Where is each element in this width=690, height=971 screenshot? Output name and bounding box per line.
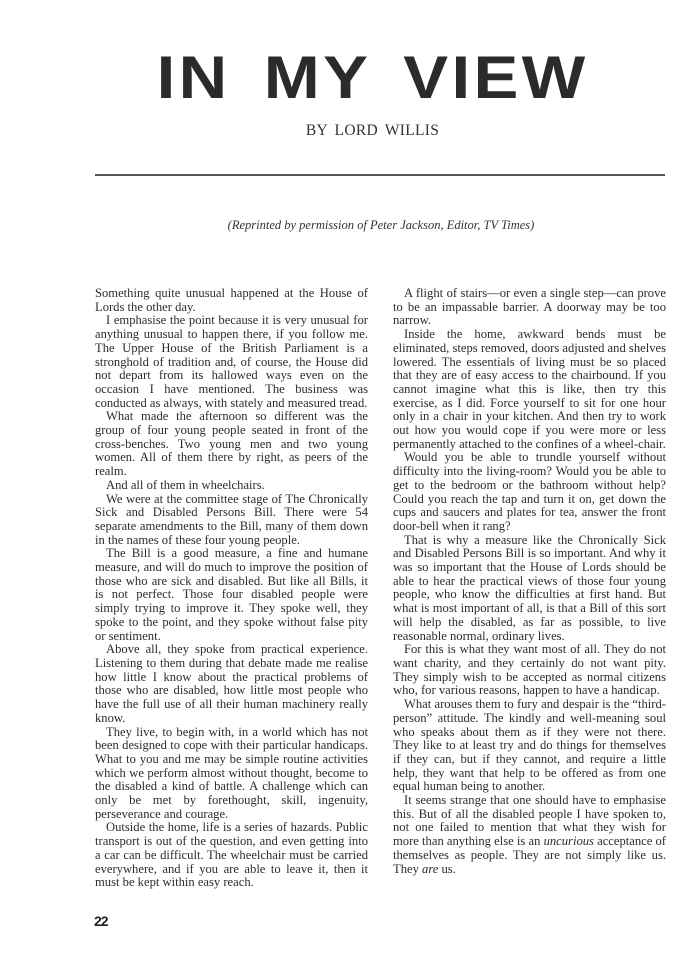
- page-number: 22: [94, 913, 108, 929]
- divider-rule: [95, 174, 665, 176]
- page-title: IN MY VIEW: [0, 46, 690, 110]
- article-column-left: Something quite unusual happened at the …: [95, 287, 368, 890]
- reprint-credit: (Reprinted by permission of Peter Jackso…: [0, 218, 690, 233]
- paragraph: Inside the home, awkward bends must be e…: [393, 328, 666, 451]
- paragraph: The Bill is a good measure, a fine and h…: [95, 547, 368, 643]
- paragraph: I emphasise the point because it is very…: [95, 314, 368, 410]
- text-run: us.: [438, 862, 456, 876]
- paragraph: A flight of stairs—or even a single step…: [393, 287, 666, 328]
- paragraph: Would you be able to trundle yourself wi…: [393, 451, 666, 533]
- article-column-right: A flight of stairs—or even a single step…: [393, 287, 666, 876]
- paragraph: We were at the committee stage of The Ch…: [95, 493, 368, 548]
- paragraph: For this is what they want most of all. …: [393, 643, 666, 698]
- final-paragraph: It seems strange that one should have to…: [393, 794, 666, 876]
- paragraph: What made the afternoon so different was…: [95, 410, 368, 479]
- paragraph: They live, to begin with, in a world whi…: [95, 726, 368, 822]
- emphasis-text: are: [422, 862, 438, 876]
- paragraph: Outside the home, life is a series of ha…: [95, 821, 368, 890]
- paragraph: What arouses them to fury and despair is…: [393, 698, 666, 794]
- emphasis-text: uncurious: [544, 834, 594, 848]
- byline: BY LORD WILLIS: [0, 122, 690, 140]
- paragraph: And all of them in wheelchairs.: [95, 479, 368, 493]
- paragraph: Something quite unusual happened at the …: [95, 287, 368, 314]
- paragraph: That is why a measure like the Chronical…: [393, 534, 666, 644]
- paragraph: Above all, they spoke from practical exp…: [95, 643, 368, 725]
